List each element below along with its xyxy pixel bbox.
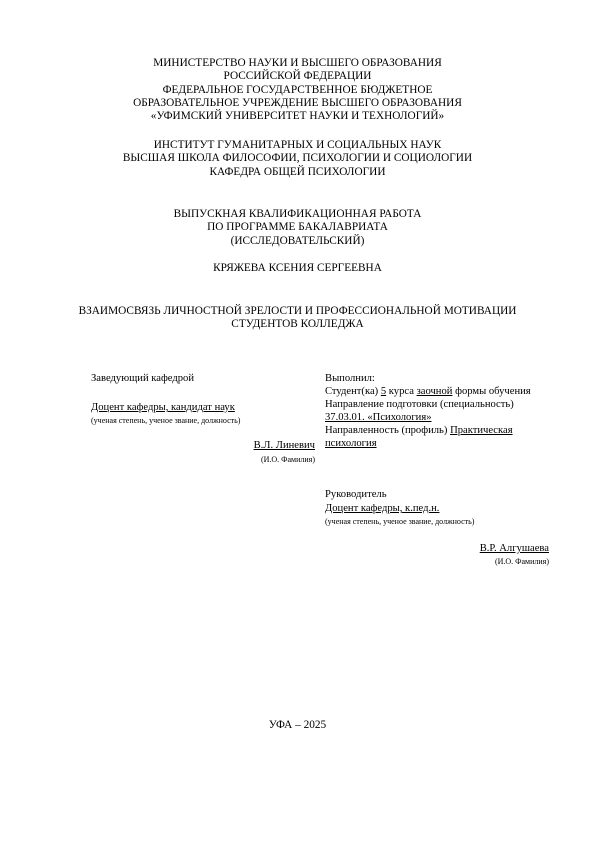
ministry-line: ФЕДЕРАЛЬНОЕ ГОСУДАРСТВЕННОЕ БЮДЖЕТНОЕ <box>0 84 595 97</box>
supervisor-name: В.Р. Алгушаева <box>480 543 549 556</box>
head-name-value: В.Л. Линевич <box>254 440 315 451</box>
thesis-title: ВЗАИМОСВЯЗЬ ЛИЧНОСТНОЙ ЗРЕЛОСТИ И ПРОФЕС… <box>0 305 595 332</box>
ministry-line: РОССИЙСКОЙ ФЕДЕРАЦИИ <box>0 70 595 83</box>
school-line: ВЫСШАЯ ШКОЛА ФИЛОСОФИИ, ПСИХОЛОГИИ И СОЦ… <box>0 152 595 165</box>
department-line: КАФЕДРА ОБЩЕЙ ПСИХОЛОГИИ <box>0 166 595 179</box>
supervisor-position-value: Доцент кафедры, к.пед.н. <box>325 503 439 514</box>
institute-line: ИНСТИТУТ ГУМАНИТАРНЫХ И СОЦИАЛЬНЫХ НАУК <box>0 139 595 152</box>
thesis-title-line: СТУДЕНТОВ КОЛЛЕДЖА <box>0 318 595 331</box>
student-prefix: Студент(ка) <box>325 386 381 397</box>
profile-value-cont: психология <box>325 438 377 449</box>
head-of-department-label: Заведующий кафедрой <box>91 373 194 386</box>
direction-value-text: 37.03.01. «Психология» <box>325 412 432 423</box>
head-position-value: Доцент кафедры, кандидат наук <box>91 402 235 413</box>
city-year: УФА – 2025 <box>0 719 595 732</box>
profile-value: Практическая <box>450 425 513 436</box>
profile-line-2: психология <box>325 438 377 451</box>
author-name: КРЯЖЕВА КСЕНИЯ СЕРГЕЕВНА <box>0 262 595 275</box>
supervisor-label: Руководитель <box>325 489 387 502</box>
ministry-line: МИНИСТЕРСТВО НАУКИ И ВЫСШЕГО ОБРАЗОВАНИЯ <box>0 57 595 70</box>
ministry-line: ОБРАЗОВАТЕЛЬНОЕ УЧРЕЖДЕНИЕ ВЫСШЕГО ОБРАЗ… <box>0 97 595 110</box>
university-name: «УФИМСКИЙ УНИВЕРСИТЕТ НАУКИ И ТЕХНОЛОГИЙ… <box>0 110 595 123</box>
supervisor-position-caption: (ученая степень, ученое звание, должност… <box>325 517 474 527</box>
thesis-title-line: ВЗАИМОСВЯЗЬ ЛИЧНОСТНОЙ ЗРЕЛОСТИ И ПРОФЕС… <box>0 305 595 318</box>
study-form-value: заочной <box>417 386 453 397</box>
supervisor-position: Доцент кафедры, к.пед.н. <box>325 503 439 516</box>
direction-label: Направление подготовки (специальность) <box>325 399 514 412</box>
work-type-block: ВЫПУСКНАЯ КВАЛИФИКАЦИОННАЯ РАБОТА ПО ПРО… <box>0 208 595 248</box>
work-type-line: (ИССЛЕДОВАТЕЛЬСКИЙ) <box>0 235 595 248</box>
profile-label: Направленность (профиль) <box>325 425 450 436</box>
study-form-label: формы обучения <box>452 386 530 397</box>
profile-line: Направленность (профиль) Практическая <box>325 425 513 438</box>
city-year-text: УФА – 2025 <box>0 719 595 732</box>
ministry-block: МИНИСТЕРСТВО НАУКИ И ВЫСШЕГО ОБРАЗОВАНИЯ… <box>0 57 595 123</box>
course-label: курса <box>386 386 416 397</box>
supervisor-name-value: В.Р. Алгушаева <box>480 543 549 554</box>
head-position-caption: (ученая степень, ученое звание, должност… <box>91 416 240 426</box>
head-of-department-name: В.Л. Линевич <box>254 440 315 453</box>
supervisor-name-caption: (И.О. Фамилия) <box>495 557 549 567</box>
student-label: Выполнил: <box>325 373 375 386</box>
author-text: КРЯЖЕВА КСЕНИЯ СЕРГЕЕВНА <box>0 262 595 275</box>
student-course-line: Студент(ка) 5 курса заочной формы обучен… <box>325 386 531 399</box>
work-type-line: ПО ПРОГРАММЕ БАКАЛАВРИАТА <box>0 221 595 234</box>
work-type-line: ВЫПУСКНАЯ КВАЛИФИКАЦИОННАЯ РАБОТА <box>0 208 595 221</box>
institute-block: ИНСТИТУТ ГУМАНИТАРНЫХ И СОЦИАЛЬНЫХ НАУК … <box>0 139 595 179</box>
head-name-caption: (И.О. Фамилия) <box>261 455 315 465</box>
head-of-department-position: Доцент кафедры, кандидат наук <box>91 402 235 415</box>
direction-value: 37.03.01. «Психология» <box>325 412 432 425</box>
